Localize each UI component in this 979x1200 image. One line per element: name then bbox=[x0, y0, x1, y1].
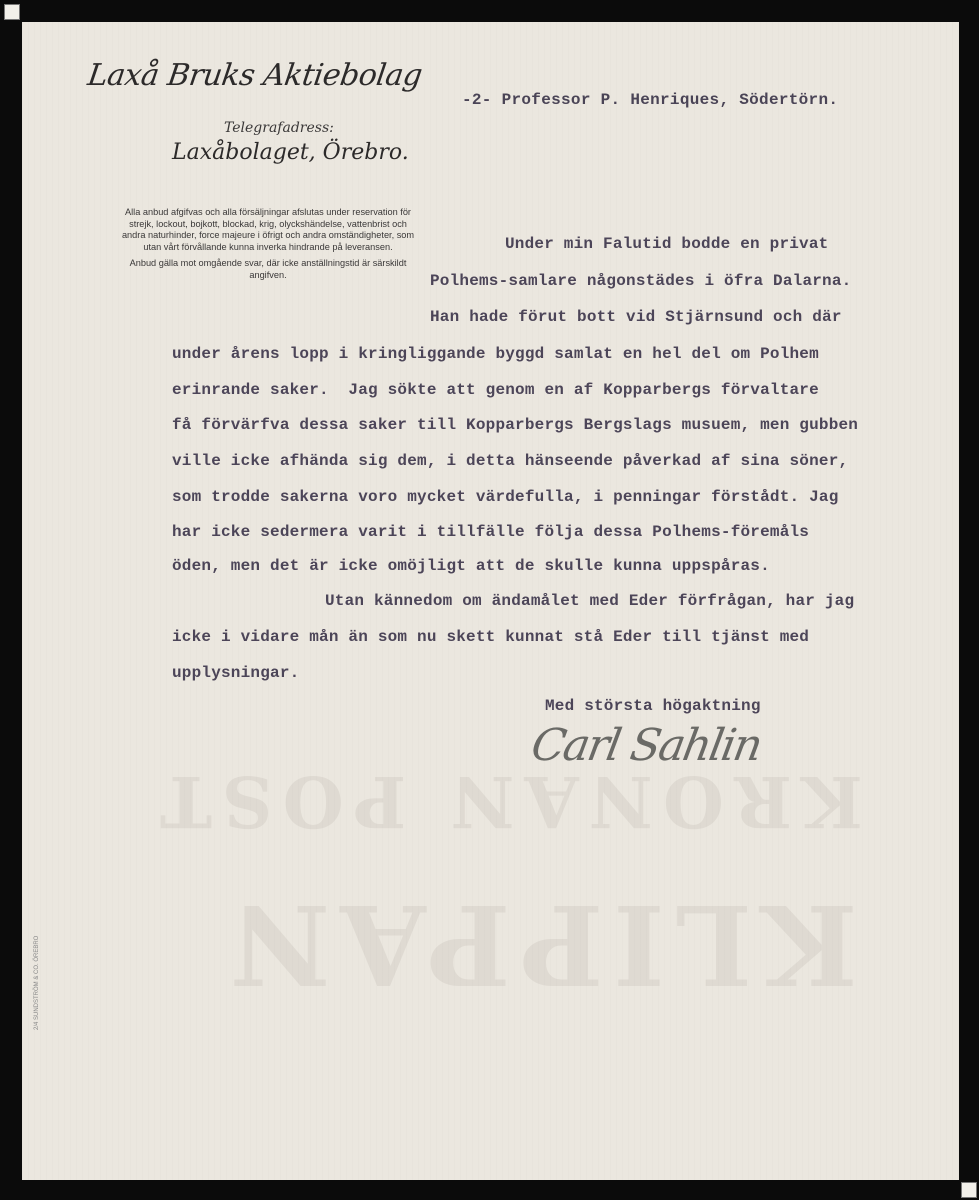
body-line: erinrande saker. Jag sökte att genom en … bbox=[172, 381, 819, 399]
terms-paragraph: Alla anbud afgifvas och alla försäljning… bbox=[118, 207, 418, 253]
watermark-line2: KLIPPAN bbox=[220, 880, 858, 1009]
corner-mark-bottom-right bbox=[961, 1182, 977, 1198]
body-line: öden, men det är icke omöjligt att de sk… bbox=[172, 557, 770, 575]
body-line: Han hade förut bott vid Stjärnsund och d… bbox=[430, 308, 842, 326]
printer-mark: 2/4 SUNDSTRÖM & CO. ÖREBRO bbox=[34, 936, 40, 1030]
signature: Carl Sahlin bbox=[528, 720, 765, 771]
body-line: upplysningar. bbox=[172, 664, 299, 682]
watermark-line1: KRONAN POST bbox=[150, 760, 863, 843]
letterhead-company-name: Laxå Bruks Aktiebolag bbox=[86, 58, 425, 93]
telegraph-address: Laxåbolaget, Örebro. bbox=[172, 140, 409, 165]
body-line: Polhems-samlare någonstädes i öfra Dalar… bbox=[430, 272, 851, 290]
body-line: under årens lopp i kringliggande byggd s… bbox=[172, 345, 819, 363]
page-header-recipient: -2- Professor P. Henriques, Södertörn. bbox=[462, 91, 838, 109]
body-line: har icke sedermera varit i tillfälle föl… bbox=[172, 523, 809, 541]
body-line: Utan kännedom om ändamålet med Eder förf… bbox=[325, 592, 854, 610]
closing-salutation: Med största högaktning bbox=[545, 697, 761, 715]
body-line: som trodde sakerna voro mycket värdefull… bbox=[172, 488, 839, 506]
terms-paragraph: Anbud gälla mot omgående svar, där icke … bbox=[118, 258, 418, 281]
telegraph-label: Telegrafadress: bbox=[224, 120, 334, 136]
body-line: få förvärfva dessa saker till Kopparberg… bbox=[172, 416, 858, 434]
body-line: Under min Falutid bodde en privat bbox=[505, 235, 828, 253]
body-line: icke i vidare mån än som nu skett kunnat… bbox=[172, 628, 809, 646]
corner-mark-top-left bbox=[4, 4, 20, 20]
terms-block: Alla anbud afgifvas och alla försäljning… bbox=[118, 207, 418, 286]
body-line: ville icke afhända sig dem, i detta häns… bbox=[172, 452, 848, 470]
